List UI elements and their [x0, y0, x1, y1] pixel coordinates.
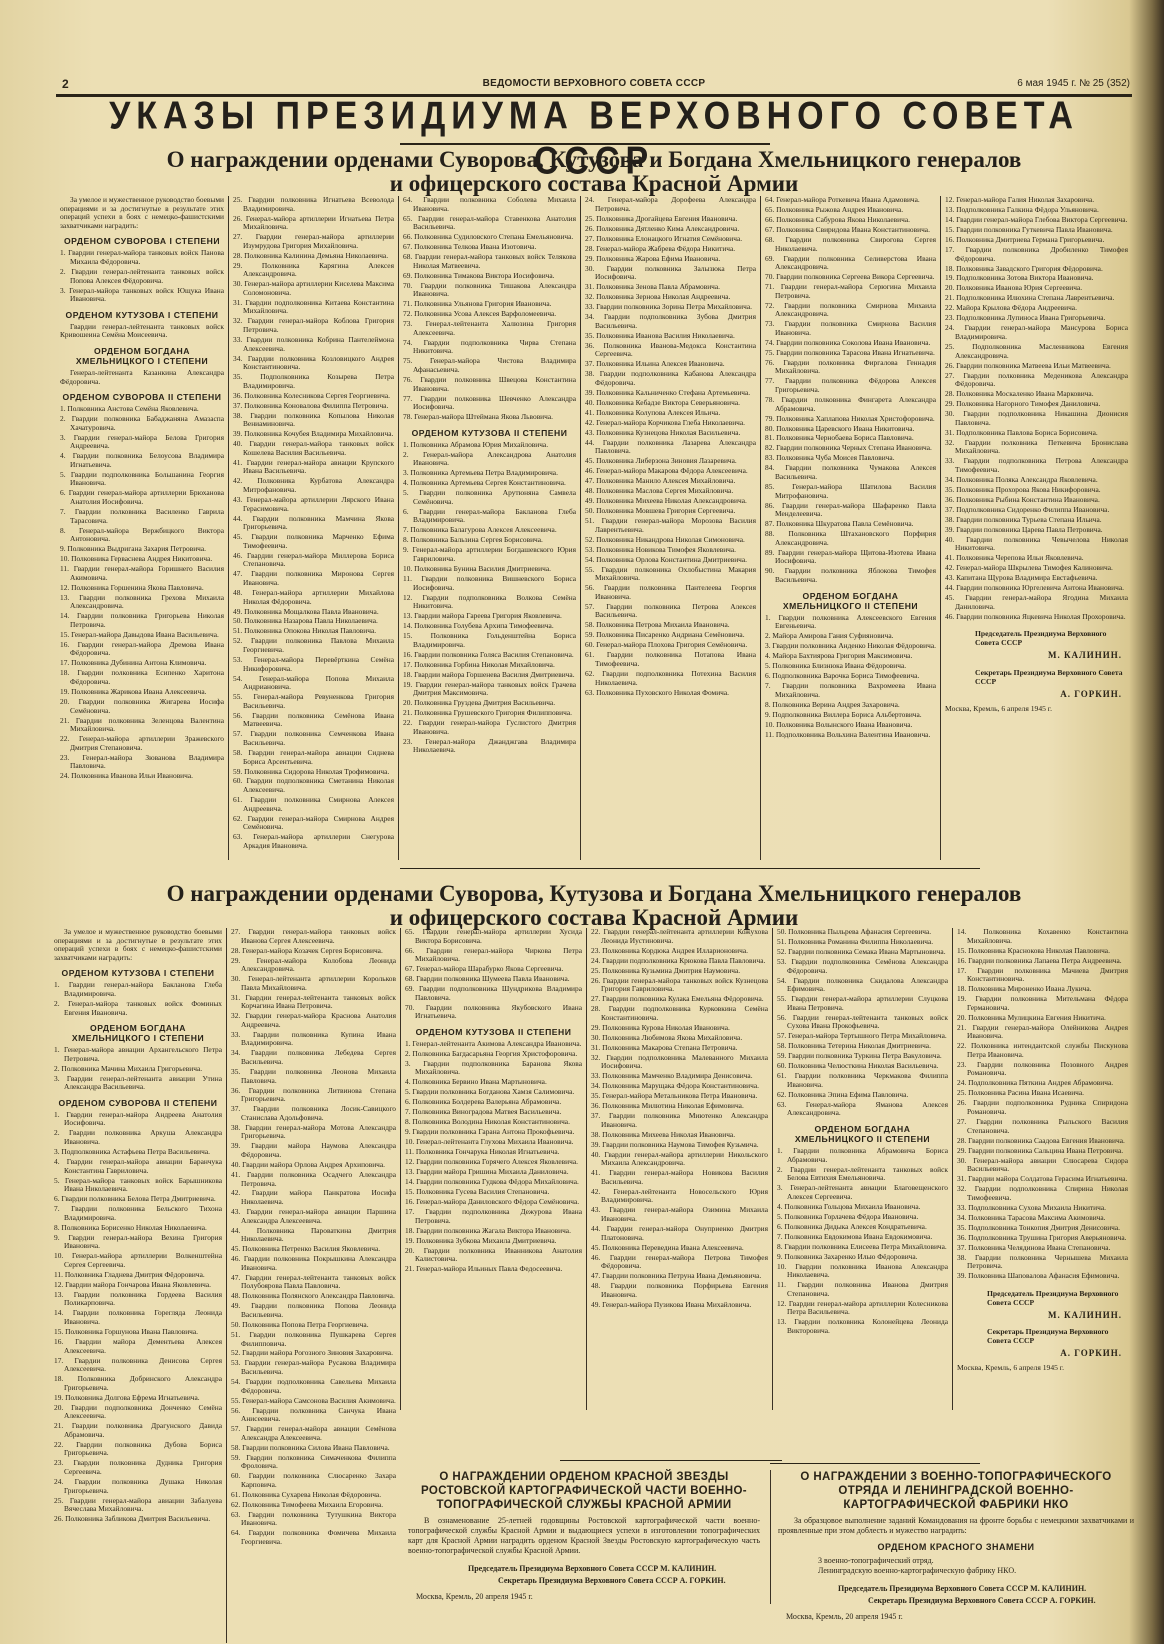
entry-text: Гвардии майора Орлова Андрея Архиповича.: [242, 1160, 385, 1169]
entry-number: 19.: [405, 1236, 414, 1245]
entry-text: Гвардии подполковника Спирина Николая Ти…: [967, 1184, 1128, 1202]
award-entry: 29. Гвардии полковника Сальцина Ивана Пе…: [957, 1147, 1128, 1156]
award-entry: 36. Полковника Колесникова Сергея Георги…: [233, 392, 394, 401]
entry-number: 60.: [585, 640, 594, 649]
award-entry: 18. Полковника Мироненко Ивана Лукича.: [957, 985, 1128, 994]
award-entry: 44. Гвардии генерал-майора Онуприенко Дм…: [591, 1225, 768, 1242]
entry-text: Гвардии полковника Саадова Евгения Ивано…: [968, 1136, 1125, 1145]
entry-number: 4.: [54, 1157, 60, 1166]
entry-number: 19.: [957, 994, 966, 1003]
entry-text: Подполковника Варочка Бориса Тимофеевича…: [772, 671, 919, 680]
entry-text: Гвардии полковника Юргелевича Антона Ива…: [956, 583, 1124, 592]
entry-number: 30.: [231, 974, 240, 983]
entry-text: Гвардии подполковника Крюкова Павла Павл…: [602, 956, 765, 965]
entry-text: Полковника Либерзона Зиновия Лазаревича.: [596, 456, 737, 465]
entry-number: 9.: [405, 1127, 411, 1136]
entry-text: Гвардии полковника Фингарета Александра …: [775, 395, 936, 413]
award-entry: 6. Гвардии генерал-майора Бакланова Глеб…: [403, 508, 576, 525]
entry-text: Полковника Полянского Александра Павлови…: [242, 1291, 395, 1300]
entry-text: Полковника Дрогайцева Евгения Ивановича.: [596, 214, 737, 223]
award-entry: 45. Полковника Либерзона Зиновия Лазарев…: [585, 457, 756, 466]
entry-number: 10.: [60, 554, 69, 563]
entry-text: Гвардии полковника Копылова Николая Вени…: [243, 411, 394, 429]
entry-number: 39.: [233, 429, 242, 438]
entry-number: 78.: [765, 395, 774, 404]
entry-text: Гвардии генерал-майора Онуприенко Дмитри…: [601, 1224, 768, 1242]
entry-number: 36.: [591, 1101, 600, 1110]
entry-number: 9.: [777, 1252, 783, 1261]
award-entry: 80. Полковника Царевского Ивана Никитови…: [765, 425, 936, 434]
entry-text: Гвардии полковника Наумова Тимофея Кузьм…: [602, 1140, 758, 1149]
entry-number: 63.: [233, 832, 242, 841]
award-entry: 7. Полковника Евдокимова Ивана Евдокимов…: [777, 1233, 948, 1242]
award-entry: 86. Гвардии генерал-майора Шафаренко Пав…: [765, 502, 936, 519]
entry-text: Полковника Евдокимова Ивана Евдокимовича…: [784, 1232, 932, 1241]
entry-number: 8.: [60, 526, 66, 535]
decree4-body: За образцовое выполнение заданий Командо…: [778, 1516, 1134, 1536]
entry-text: Гвардии полковника Чевычелова Николая Ни…: [955, 535, 1128, 553]
entry-number: 27.: [957, 1117, 966, 1126]
award-entry: 62. Гвардии генерал-майора Смирнова Андр…: [233, 815, 394, 832]
award-entry: 16. Гвардии генерал-майора Дремова Ивана…: [60, 641, 224, 658]
award-entry: 33. Подполковника Сухова Михаила Никитич…: [957, 1204, 1128, 1213]
award-entry: 27. Полковника Елонацкого Игнатия Семёно…: [585, 235, 756, 244]
award-entry: 70. Гвардии полковника Тишакова Александ…: [403, 282, 576, 299]
entry-number: 51.: [233, 626, 242, 635]
entry-text: Полковника Мулицкина Евгения Никитича.: [968, 1013, 1106, 1022]
award-entry: 1. Гвардии генерал-майора Андреева Анато…: [54, 1111, 222, 1128]
entry-number: 82.: [765, 443, 774, 452]
entry-number: 1.: [403, 440, 409, 449]
entry-number: 27.: [231, 928, 240, 936]
entry-text: Гвардии полковника Павлова Михаила Георг…: [243, 636, 394, 654]
entry-text: Полковника Володина Николая Константинов…: [412, 1117, 570, 1126]
entry-number: 76.: [403, 375, 412, 384]
entry-text: Полковника Тетерина Николая Дмитриевича.: [788, 1041, 931, 1050]
entry-text: Гвардии генерал-майора Бакланова Глеба В…: [64, 980, 222, 998]
entry-number: 35.: [585, 331, 594, 340]
award-entry: 25. Гвардии полковника Игнатьева Всеволо…: [233, 196, 394, 213]
entry-text: Гвардии полковника Лебедева Сергея Васил…: [241, 1048, 396, 1066]
award-entry: 53. Гвардии генерал-майора Русакова Влад…: [231, 1359, 396, 1376]
entry-number: 47.: [233, 569, 242, 578]
entry-text: Гвардии полковника Душака Николая Григор…: [64, 1477, 222, 1495]
entry-text: Генерал-майора артиллерии Лярского Ивана…: [243, 495, 394, 513]
entry-number: 18.: [60, 668, 69, 677]
entry-number: 31.: [585, 282, 594, 291]
entry-text: Гвардии полковника Яцкевича Николая Прох…: [956, 612, 1125, 621]
entry-text: Гвардии генерал-майора Глебова Виктора С…: [956, 215, 1127, 224]
entry-number: 14.: [54, 1308, 63, 1317]
decree4-signature-secretary: Секретарь Президиума Верховного Совета С…: [868, 1596, 1134, 1606]
entry-number: 7.: [60, 507, 66, 516]
entry-number: 35.: [957, 1223, 966, 1232]
entry-text: Генерал-майора Яманова Алексея Александр…: [787, 1100, 948, 1118]
award-entry: 31. Гвардии подполковника Китаева Конста…: [233, 299, 394, 316]
entry-text: Гвардии полковника Драгунского Давида Аб…: [64, 1421, 222, 1439]
award-entry: 65. Полковника Рыжова Андрея Ивановича.: [765, 206, 936, 215]
award-entry: 13. Гвардии майора Гареева Григория Яков…: [403, 612, 576, 621]
entry-number: 24.: [591, 956, 600, 965]
entry-text: Гвардии полковника Жигарева Иосифа Семён…: [70, 697, 224, 715]
entry-text: Полковника Выдригана Захария Петровича.: [67, 544, 206, 553]
entry-text: Генерал-майора Попова Михаила Андрианови…: [243, 674, 394, 692]
award-entry: 35. Полковника Иванова Василия Николаеви…: [585, 332, 756, 341]
entry-number: 4.: [60, 451, 66, 460]
entry-number: 21.: [945, 293, 954, 302]
award-entry: 46. Гвардии полковника Яцкевича Николая …: [945, 613, 1128, 622]
award-entry: 3. Гвардии генерал-майора Белова Григори…: [60, 434, 224, 451]
entry-number: 17.: [60, 658, 69, 667]
entry-number: 15.: [403, 631, 412, 640]
entry-number: 88.: [765, 529, 774, 538]
entry-text: Полковника Расина Ивана Исаевича.: [968, 1088, 1084, 1097]
entry-text: Гвардии генерал-майора Серюгина Михаила …: [775, 282, 936, 300]
award-entry: 6. Полковника Болдерева Валерьяна Абрамо…: [405, 1098, 582, 1107]
entry-number: 42.: [945, 563, 954, 572]
award-entry: 1. Генерал-майора авиации Архангельского…: [54, 1046, 222, 1063]
entry-text: Генерал-майора Александрова Анатолия Ива…: [413, 450, 576, 468]
entry-number: 39.: [231, 1141, 240, 1150]
entry-number: 57.: [777, 1031, 786, 1040]
award-entry: 38. Гвардии генерал-майора Мотова Алекса…: [231, 1124, 396, 1141]
award-entry: 87. Полковника Шкуратова Павла Семёнович…: [765, 520, 936, 529]
award-entry: 19. Гвардии полковника Мительмана Фёдора…: [957, 995, 1128, 1012]
entry-text: Гвардии полковника Матвеева Ильи Матвеев…: [956, 361, 1111, 370]
entry-text: Генерал-лейтенанта артиллерии Корольков …: [241, 974, 396, 992]
entry-text: Полковника Горшенина Якова Павловича.: [71, 583, 204, 592]
entry-text: Гвардии полковника Турьева Степана Ильич…: [956, 515, 1102, 524]
entry-text: Полковника Черепова Ильи Яковлевича.: [956, 553, 1083, 562]
entry-number: 3.: [403, 468, 409, 477]
entry-number: 29.: [591, 1023, 600, 1032]
entry-number: 37.: [233, 401, 242, 410]
entry-text: Гвардии полковника Иванникова Анатолия К…: [415, 1246, 582, 1264]
entry-text: Генерал-майора артиллерии Игнатьева Петр…: [243, 214, 394, 232]
award-entry: 25. Полковника Расина Ивана Исаевича.: [957, 1089, 1128, 1098]
entry-text: Гвардии полковника Лазарева Александра П…: [595, 438, 756, 456]
entry-text: Полковника Сидорова Николая Трофимовича.: [244, 767, 389, 776]
entry-number: 26.: [233, 214, 242, 223]
award-entry: 61. Гвардии полковника Смирнова Алексея …: [233, 796, 394, 813]
award-entry: 41. Полковника Колупова Алексея Ильича.: [585, 409, 756, 418]
entry-text: Полковника Иванова Юрия Сергеевича.: [956, 283, 1082, 292]
entry-number: 15.: [957, 946, 966, 955]
award-entry: 46. Гвардии полковника Покрышкина Алекса…: [231, 1255, 396, 1272]
award-entry: 25. Полковника Кузьмина Дмитрия Наумович…: [591, 967, 768, 976]
decree1-title-line1: О награждении орденами Суворова, Кутузов…: [56, 148, 1132, 172]
entry-number: 40.: [945, 535, 954, 544]
award-entry: 8. Полковника Бальзина Сергея Борисовича…: [403, 536, 576, 545]
entry-number: 21.: [403, 708, 412, 717]
entry-number: 2.: [54, 999, 60, 1008]
award-entry: 53. Полковника Новикова Тимофея Яковлеви…: [585, 546, 756, 555]
entry-number: 33.: [591, 1071, 600, 1080]
entry-number: 17.: [957, 966, 966, 975]
award-entry: 22. Генерал-майора артиллерии Зражевског…: [60, 735, 224, 752]
entry-number: 87.: [765, 519, 774, 528]
entry-number: 30.: [957, 1156, 966, 1165]
entry-number: 64.: [765, 196, 774, 204]
award-entry: 28. Генерал-майора Козачек Сергея Борисо…: [231, 947, 396, 956]
entry-number: 23.: [60, 753, 69, 762]
entry-text: Гвардии майора Рогозного Зиновия Захаров…: [242, 1348, 393, 1357]
award-entry: 26. Гвардии полковника Матвеева Ильи Мат…: [945, 362, 1128, 371]
entry-text: Гвардии полковника Голяса Василия Степан…: [414, 650, 574, 659]
award-entry: 14. Гвардии генерал-майора Глебова Викто…: [945, 216, 1128, 225]
entry-text: Гвардии полковника Смирнова Алексея Андр…: [243, 795, 394, 813]
entry-number: 43.: [231, 1207, 240, 1216]
award-entry: 30. Генерал-майора артиллерии Киселева М…: [233, 280, 394, 297]
entry-text: Гвардии генерал-майора Андреева Анатолия…: [64, 1110, 222, 1128]
entry-text: Полковника Манило Алексея Михайловича.: [596, 476, 735, 485]
award-entry: 27. Гвардии полковника Кулака Емельяна Ф…: [591, 995, 768, 1004]
entry-text: Полковника Ильина Алексея Ивановича.: [596, 359, 725, 368]
award-entry: 65. Гвардии генерал-майора Ставенкова Ан…: [403, 215, 576, 232]
entry-text: Гвардии полковника Меденикова Александра…: [955, 371, 1128, 389]
award-entry: 59. Гвардии полковника Туркина Петра Вак…: [777, 1052, 948, 1061]
entry-text: Гвардии генерал-лейтенанта танковых войс…: [787, 1165, 948, 1183]
entry-number: 46.: [945, 612, 954, 621]
entry-text: Полковника Жарикова Ивана Алексеевича.: [71, 687, 206, 696]
entry-number: 64.: [231, 1528, 240, 1537]
award-entry: 77. Гвардии полковника Шевченко Александ…: [403, 395, 576, 412]
entry-number: 26.: [54, 1514, 63, 1523]
entry-text: Полковника Сухарева Николая Фёдоровича.: [242, 1490, 381, 1499]
award-entry: 39. Полковника Шаповалова Афанасия Ефимо…: [957, 1272, 1128, 1281]
entry-number: 1.: [54, 1045, 60, 1054]
entry-text: Подполковника Астафьева Петра Васильевич…: [61, 1147, 210, 1156]
entry-text: Генерал-майора Роткевича Ивана Адамовича…: [776, 196, 920, 204]
award-entry: 68. Гвардии полковника Шумеева Павла Ива…: [405, 975, 582, 984]
entry-number: 24.: [54, 1477, 63, 1486]
entry-number: 67.: [403, 242, 412, 251]
entry-number: 27.: [585, 234, 594, 243]
award-entry: 57. Гвардии полковника Семченкова Ивана …: [233, 730, 394, 747]
award-entry: 54. Полковника Орлова Константина Дмитри…: [585, 556, 756, 565]
award-entry: 63. Генерал-майора артиллерии Снегурова …: [233, 833, 394, 850]
award-paragraph: Гвардии генерал-лейтенанта танковых войс…: [60, 323, 224, 340]
entry-number: 22.: [957, 1041, 966, 1050]
award-entry: 76. Гвардии полковника Фиргалова Геннади…: [765, 359, 936, 376]
award-entry: 77. Гвардии полковника Фёдорова Алексея …: [765, 377, 936, 394]
entry-text: Полковника Долгова Ефрема Игнатьевича.: [65, 1393, 200, 1402]
award-entry: 33. Гвардии полковника Кобрина Пантелейм…: [233, 336, 394, 353]
award-entry: 43. Полковника Кузнецова Николая Василье…: [585, 429, 756, 438]
entry-text: Гвардии полковника Осадчего Александра П…: [241, 1170, 396, 1188]
entry-text: Гвардии генерал-майора авиации Забалуева…: [64, 1496, 222, 1514]
entry-number: 40.: [591, 1150, 600, 1159]
signature-name: М. КАЛИНИН.: [957, 1311, 1122, 1320]
award-entry: 60. Гвардии подполковника Сметанина Нико…: [233, 777, 394, 794]
entry-text: Генерал-лейтенанта Акимова Александра Ив…: [412, 1039, 581, 1048]
award-entry: 14. Гвардии полковника Григорьева Никола…: [60, 612, 224, 629]
award-entry: 85. Генерал-майора Шатилова Василия Митр…: [765, 483, 936, 500]
entry-number: 11.: [405, 1147, 414, 1156]
entry-number: 72.: [403, 309, 412, 318]
entry-text: Гвардии полковника Литвинова Степана Гри…: [241, 1086, 396, 1104]
entry-text: Генерал-лейтенанта Халюзина Григория Але…: [413, 319, 576, 337]
entry-text: Полковника Новикова Тимофея Яковлевича.: [596, 545, 736, 554]
award-entry: 41. Полковника Черепова Ильи Яковлевича.: [945, 554, 1128, 563]
award-entry: 90. Гвардии полковника Яблокова Тимофея …: [765, 567, 936, 584]
award-entry: 11. Гвардии полковника Вишневского Борис…: [403, 575, 576, 592]
award-entry: 3. Генерал-лейтенанта авиации Благовещен…: [777, 1184, 948, 1201]
entry-number: 33.: [957, 1203, 966, 1212]
entry-number: 31.: [945, 428, 954, 437]
entry-number: 23.: [945, 313, 954, 322]
entry-number: 16.: [957, 956, 966, 965]
award-entry: 49. Генерал-майора Пузикова Ивана Михайл…: [591, 1301, 768, 1310]
entry-text: Полковника Пыльрева Афанасия Сергеевича.: [788, 928, 931, 936]
entry-number: 7.: [765, 681, 771, 690]
award-entry: 4. Полковника Гольцова Михаила Ивановича…: [777, 1203, 948, 1212]
entry-text: Полковника Хаплапова Николая Христофоров…: [776, 414, 935, 423]
award-entry: 7. Полковника Виноградова Матвея Василье…: [405, 1108, 582, 1117]
entry-number: 2.: [777, 1165, 783, 1174]
entry-text: Гвардии полковника Гарана Антона Прокофь…: [412, 1127, 574, 1136]
entry-number: 35.: [945, 485, 954, 494]
award-entry: 3. Генерал-майора танковых войск Ющука И…: [60, 287, 224, 304]
entry-number: 24.: [945, 323, 954, 332]
award-entry: 6. Гвардии полковника Белова Петра Дмитр…: [54, 1195, 222, 1204]
entry-number: 41.: [231, 1170, 240, 1179]
entry-number: 90.: [765, 566, 774, 575]
award-entry: 56. Гвардии полковника Пантелеева Георги…: [585, 584, 756, 601]
award-entry: 74. Гвардии полковника Соколова Ивана Ив…: [765, 339, 936, 348]
entry-number: 69.: [765, 254, 774, 263]
entry-number: 25.: [591, 966, 600, 975]
entry-number: 53.: [777, 957, 786, 966]
entry-text: Полковника Бунина Василия Дмитриевича.: [414, 564, 551, 573]
entry-text: Полковника Ульянова Григория Ивановича.: [414, 299, 551, 308]
entry-number: 3.: [54, 1147, 60, 1156]
entry-number: 68.: [765, 235, 774, 244]
entry-text: Гвардии генерал-майора Морозова Василия …: [595, 516, 756, 534]
entry-text: Майора Амирова Гания Суфияновича.: [772, 631, 893, 640]
entry-text: Гвардии полковника Петруна Ивана Демьяно…: [602, 1271, 761, 1280]
entry-number: 28.: [585, 244, 594, 253]
award-entry: 10. Полковника Бунина Василия Дмитриевич…: [403, 565, 576, 574]
award-entry: 12. Полковника Горшенина Якова Павловича…: [60, 584, 224, 593]
entry-number: 70.: [765, 272, 774, 281]
entry-number: 34.: [945, 475, 954, 484]
award-entry: 21. Гвардии полковника Драгунского Давид…: [54, 1422, 222, 1439]
decree1-intro: За умелое и мужественное руководство бое…: [60, 196, 224, 230]
order-heading: ОРДЕНОМ СУВОРОВА I СТЕПЕНИ: [60, 236, 224, 246]
signature-title: Секретарь Президиума Верховного Совета С…: [987, 1327, 1128, 1345]
entry-number: 57.: [233, 729, 242, 738]
entry-number: 44.: [231, 1226, 240, 1235]
entry-text: Полковника Болдерева Валерьяна Абрамович…: [412, 1097, 561, 1106]
award-entry: 5. Генерал-майора танковых войск Барышни…: [54, 1177, 222, 1194]
award-entry: 48. Полковника Маслова Сергея Михайлович…: [585, 487, 756, 496]
entry-number: 4.: [777, 1202, 783, 1211]
award-entry: 24. Генерал-майора Дорофеева Александра …: [585, 196, 756, 213]
entry-text: Генерал-майора Колобова Леонида Александ…: [241, 956, 396, 974]
entry-text: Полковника Багдасарьяна Георгия Христофо…: [412, 1049, 577, 1058]
award-entry: 48. Генерал-майора артиллерии Михайлова …: [233, 589, 394, 606]
entry-text: Гвардии полковника Петрова Алексея Васил…: [595, 602, 756, 620]
entry-number: 4.: [405, 1077, 411, 1086]
entry-number: 7.: [405, 1107, 411, 1116]
entry-number: 16.: [945, 235, 954, 244]
entry-text: Гвардии генерал-майора Белова Григория А…: [70, 433, 224, 451]
entry-number: 32.: [591, 1053, 600, 1062]
entry-number: 72.: [765, 301, 774, 310]
entry-number: 60.: [231, 1471, 240, 1480]
entry-text: Гвардии подполковника Волкова Семёна Ник…: [413, 593, 576, 611]
award-entry: 47. Гвардии генерал-лейтенанта танковых …: [231, 1274, 396, 1291]
entry-number: 67.: [405, 964, 414, 973]
entry-text: Полковника Любимова Якова Михайловича.: [602, 1033, 742, 1042]
award-entry: 47. Гвардии полковника Миронова Сергея И…: [233, 570, 394, 587]
award-entry: 1. Гвардии полковника Алексеевского Евге…: [765, 614, 936, 631]
entry-text: Гвардии генерал-майора авиации Баранчука…: [64, 1157, 222, 1175]
entry-text: Гвардии полковника Кулака Емельяна Фёдор…: [602, 994, 764, 1003]
entry-number: 74.: [403, 338, 412, 347]
entry-number: 28.: [957, 1136, 966, 1145]
entry-number: 18.: [405, 1226, 414, 1235]
decree2-title: О награждении орденами Суворова, Кутузов…: [56, 882, 1132, 930]
award-entry: 31. Гвардии генерал-лейтенанта танковых …: [231, 994, 396, 1011]
entry-text: Подполковника Лупиноса Ивана Григорьевич…: [956, 313, 1105, 322]
award-entry: 39. Гвардии майора Наумова Александра Фё…: [231, 1142, 396, 1159]
award-entry: 27. Гвардии генерал-майора танковых войс…: [231, 928, 396, 945]
award-entry: 51. Гвардии генерал-майора Морозова Васи…: [585, 517, 756, 534]
entry-number: 89.: [765, 548, 774, 557]
entry-number: 42.: [591, 1187, 600, 1196]
signature-name: А. ГОРКИН.: [945, 690, 1122, 699]
award-entry: 28. Полковника Москаленко Ивана Маркович…: [945, 390, 1128, 399]
award-entry: 44. Гвардии полковника Мамчина Якова Гри…: [233, 515, 394, 532]
entry-text: Подполковника Тонкопия Дмитрия Денисович…: [968, 1223, 1120, 1232]
entry-number: 35.: [233, 372, 242, 381]
decree1-col-1: За умелое и мужественное руководство бое…: [56, 196, 228, 860]
entry-number: 38.: [957, 1253, 966, 1262]
award-entry: 7. Полковника Балагурова Алексея Алексее…: [403, 526, 576, 535]
entry-text: Полковника Мачина Михаила Григорьевича.: [61, 1064, 202, 1073]
award-entry: 4. Майора Бахтиярова Григория Максимович…: [765, 652, 936, 661]
decree4-block: О НАГРАЖДЕНИИ 3 ВОЕННО-ТОПОГРАФИЧЕСКОГО …: [778, 1470, 1134, 1622]
entry-number: 38.: [231, 1123, 240, 1132]
entry-text: Гвардии полковника Иванова Александра Ни…: [787, 1262, 948, 1280]
entry-text: Полковника Балагурова Алексея Алексеевич…: [410, 525, 556, 534]
entry-text: Гвардии майора Дементьева Алексея Алексе…: [64, 1337, 222, 1355]
award-entry: 19. Полковника Долгова Ефрема Игнатьевич…: [54, 1394, 222, 1403]
award-entry: 3. Полковника Артемьева Петра Владимиров…: [403, 469, 576, 478]
award-entry: 81. Полковника Чернобаева Бориса Павлови…: [765, 434, 936, 443]
award-entry: 38. Гвардии полковника Турьева Степана И…: [945, 516, 1128, 525]
entry-number: 13.: [405, 1167, 414, 1176]
entry-number: 65.: [403, 214, 412, 223]
entry-text: Гвардии полковника Смирнова Михаила Алек…: [775, 301, 936, 319]
award-entry: 5. Гвардии подполковника Большанина Геор…: [60, 471, 224, 488]
order-heading: ОРДЕНОМ БОГДАНА ХМЕЛЬНИЦКОГО II СТЕПЕНИ: [765, 591, 936, 611]
award-entry: 17. Гвардии полковника Денисова Сергея А…: [54, 1357, 222, 1374]
entry-number: 30.: [233, 279, 242, 288]
award-entry: 43. Гвардии генерал-майора Озимина Михаи…: [591, 1206, 768, 1223]
entry-text: Генерал-майора Дорофеева Александра Петр…: [595, 196, 756, 213]
entry-number: 48.: [233, 588, 242, 597]
entry-text: Гвардии полковника Покрышкина Александра…: [241, 1254, 396, 1272]
entry-text: Гвардии полковника Симаченкова Филиппа Ф…: [241, 1453, 396, 1471]
decree3-top-rule: [560, 1460, 782, 1461]
entry-text: Полковника Зубкова Михаила Дмитриевича.: [416, 1236, 556, 1245]
award-entry: 30. Генерал-лейтенанта артиллерии Король…: [231, 975, 396, 992]
entry-number: 41.: [591, 1168, 600, 1177]
award-paragraph: Генерал-лейтенанта Казанкина Александра …: [60, 369, 224, 386]
